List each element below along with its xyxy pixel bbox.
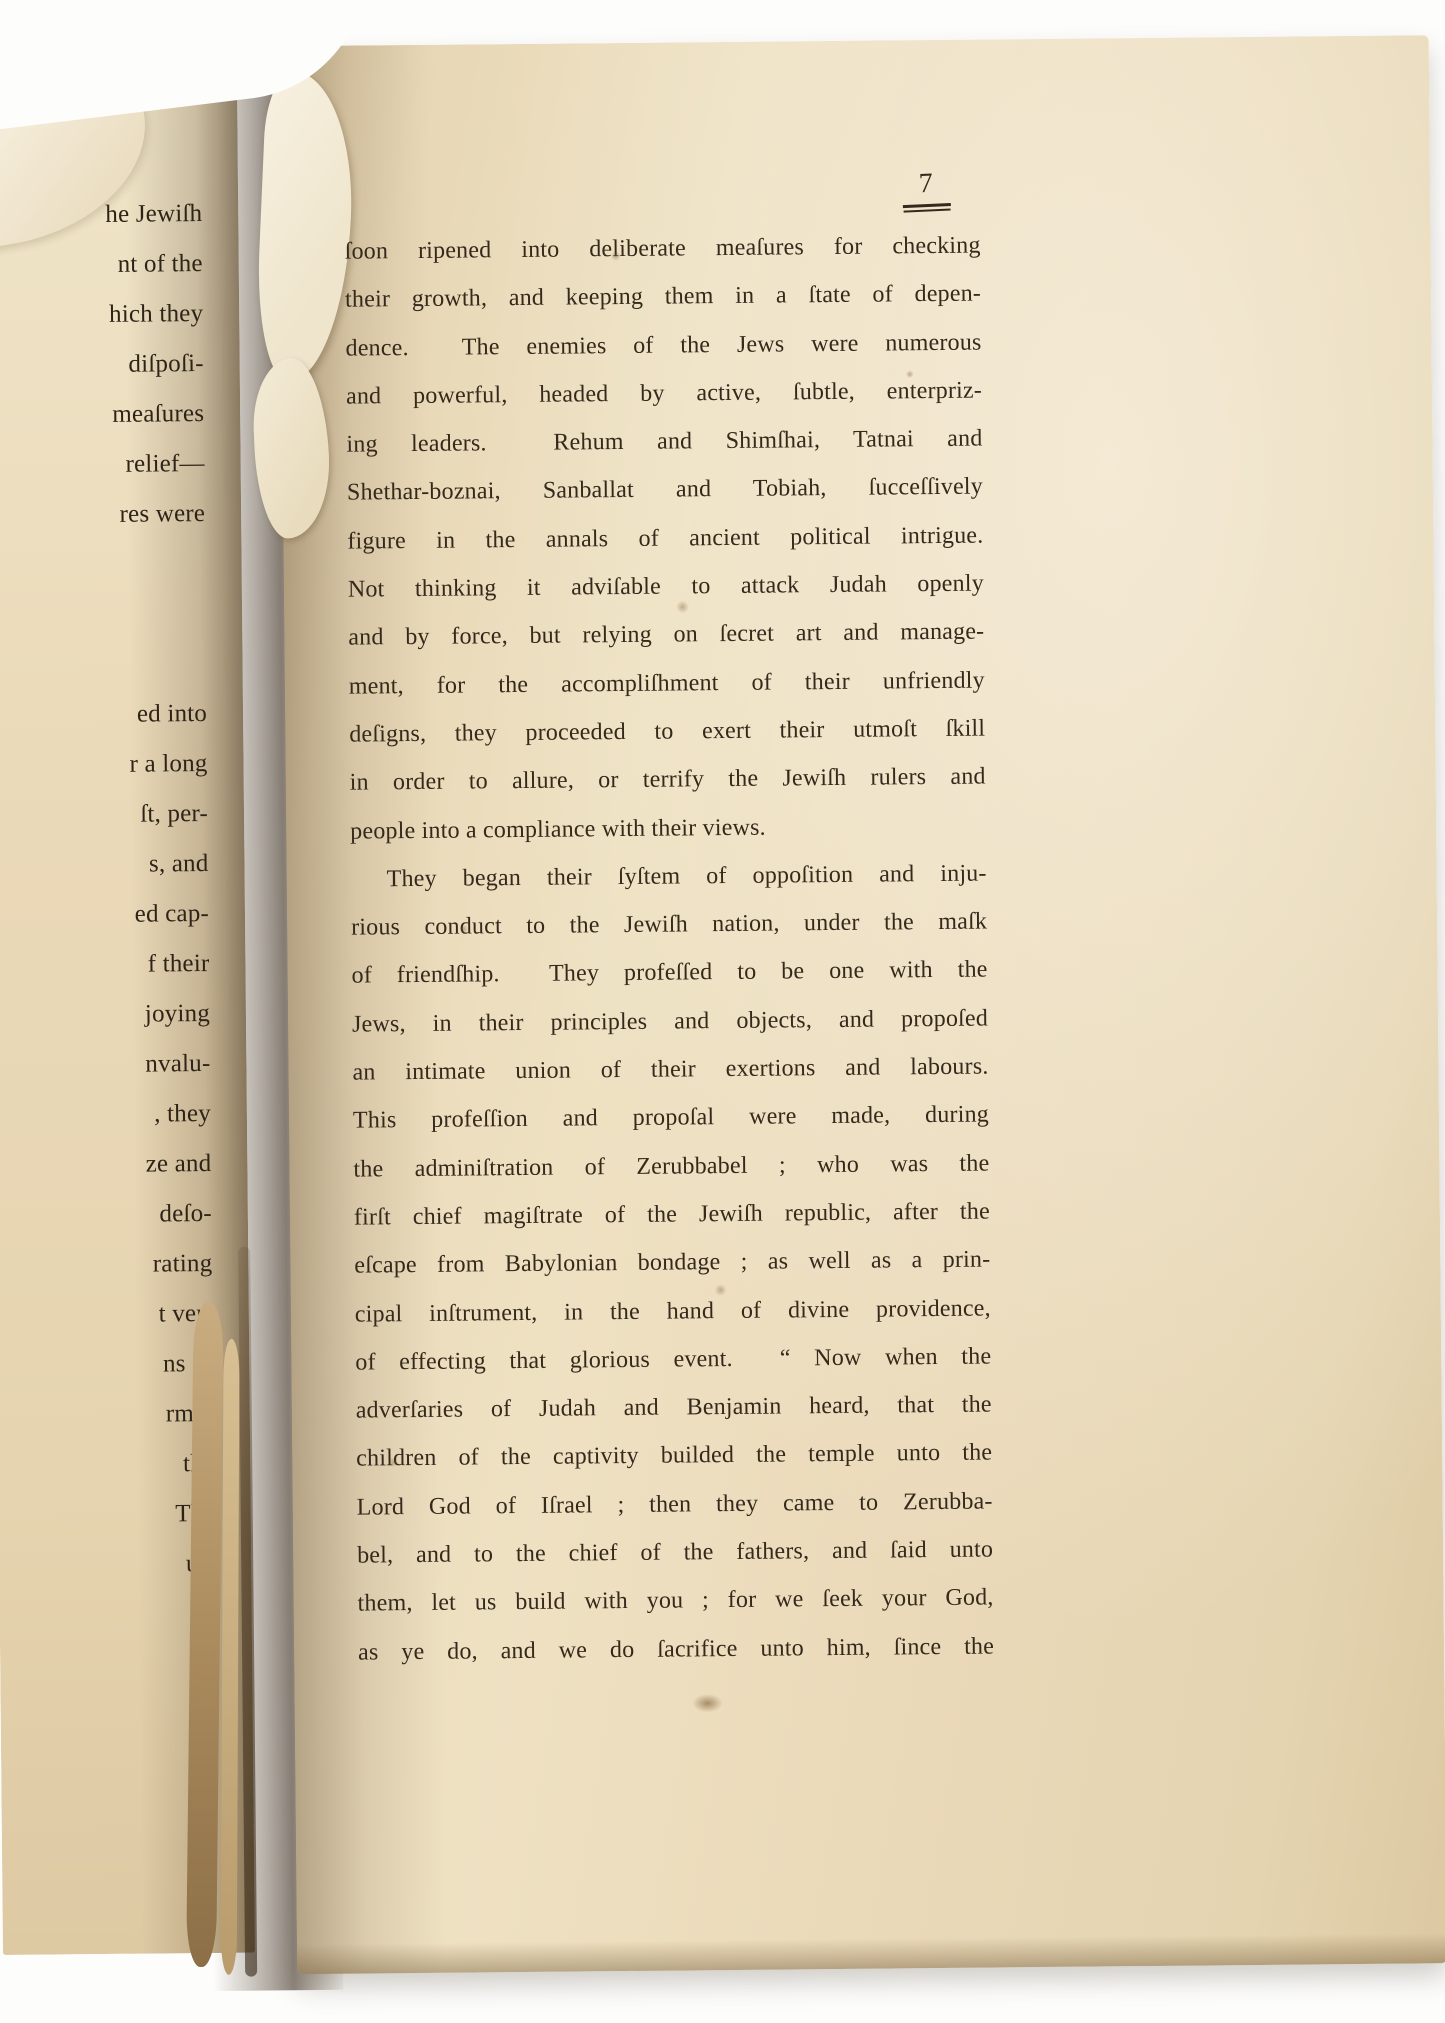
text-line: Not thinking it adviſable to attack Juda… (348, 560, 984, 614)
text-line: Lord God of Iſrael ; then they came to Z… (356, 1477, 992, 1531)
right-page: 7 ſoon ripened into deliberate meaſures … (279, 35, 1445, 1974)
left-page-line-fragment: diſpoſi- (0, 339, 204, 391)
left-page-line-fragment: t ver- (0, 1289, 213, 1341)
left-page-line-fragment: ns of (0, 1339, 214, 1391)
text-line: ſoon ripened into deliberate meaſures fo… (344, 222, 980, 276)
text-line: dence. The enemies of the Jews were nume… (345, 318, 981, 372)
left-page-line-fragment: joying (0, 989, 210, 1041)
left-page-line-fragment: , they (0, 1089, 211, 1141)
left-page-line-fragment: meaſures (0, 389, 204, 441)
left-page-text-fragments: he Jewiſhnt of thehich theydiſpoſi-meaſu… (0, 189, 217, 1791)
left-page-line-fragment: the (0, 1439, 214, 1491)
text-line: adverſaries of Judah and Benjamin heard,… (356, 1381, 992, 1435)
left-page-line-fragment: res were (0, 489, 205, 541)
text-line: ing leaders. Rehum and Shimſhai, Tatnai … (346, 415, 982, 469)
left-page-line-fragment: ſy. (3, 1739, 217, 1791)
text-line: This profeſſion and propoſal were made, … (353, 1091, 989, 1145)
left-page-line-fragment: rating (0, 1239, 213, 1291)
left-page-line-fragment: rma- (0, 1389, 214, 1441)
text-line: They began their ſyſtem of oppoſition an… (350, 849, 986, 903)
frayed-page-edge (221, 1339, 240, 1975)
text-line: firſt chief magiſtrate of the Jewiſh rep… (354, 1187, 990, 1241)
left-page-line-fragment: f their (0, 939, 210, 991)
text-line: as ye do, and we do ſacrifice unto him, … (358, 1622, 994, 1676)
left-page-line-fragment: ed cap- (0, 889, 209, 941)
left-page-line-fragment: ce (2, 1639, 216, 1691)
left-page-line-fragment: ze and (0, 1139, 212, 1191)
left-page-line-fragment: nvalu- (0, 1039, 211, 1091)
text-line: eſcape from Babylonian bondage ; as well… (354, 1236, 990, 1290)
left-page-line-fragment: deſo- (0, 1189, 212, 1241)
left-page-line-fragment: ur- (1, 1539, 215, 1591)
open-book: he Jewiſhnt of thehich theydiſpoſi-meaſu… (0, 35, 1445, 1999)
left-page-line-fragment: h. (2, 1689, 216, 1741)
left-page-line-fragment: The (1, 1489, 215, 1541)
torn-paper-edge (254, 70, 357, 384)
text-line: and by force, but relying on ſecret art … (348, 608, 984, 662)
text-line: people into a compliance with their view… (350, 801, 986, 855)
text-line: cipal inſtrument, in the hand of divine … (355, 1284, 991, 1338)
left-page-line-fragment: ed into (0, 689, 207, 741)
text-line: and powerful, headed by active, ſubtle, … (346, 366, 982, 420)
text-line: bel, and to the chief of the fathers, an… (357, 1526, 993, 1580)
text-line: deſigns, they proceeded to exert their u… (349, 704, 985, 758)
text-line: in order to allure, or terrify the Jewiſ… (350, 753, 986, 807)
text-line: the adminiſtration of Zerubbabel ; who w… (353, 1139, 989, 1193)
text-line: Shethar-boznai, Sanballat and Tobiah, ſu… (347, 463, 983, 517)
page-body-text: ſoon ripened into deliberate meaſures fo… (344, 222, 994, 1677)
text-line: of friendſhip. They profeſſed to be one … (351, 946, 987, 1000)
left-page-line-fragment: ſt, per- (0, 789, 208, 841)
text-line: rious conduct to the Jewiſh nation, unde… (351, 898, 987, 952)
text-line: Jews, in their principles and objects, a… (352, 994, 988, 1048)
page-number: 7 (901, 167, 951, 208)
text-line: ment, for the accompliſhment of their un… (349, 656, 985, 710)
left-page-line-fragment: hich they (0, 289, 203, 341)
text-line: them, let us build with you ; for we ſee… (357, 1574, 993, 1628)
text-line: figure in the annals of ancient politica… (347, 511, 983, 565)
book-photo: he Jewiſhnt of thehich theydiſpoſi-meaſu… (0, 0, 1445, 2023)
stain (693, 1694, 723, 1712)
text-line: their growth, and keeping them in a ſtat… (345, 270, 981, 324)
text-line: children of the captivity builded the te… (356, 1429, 992, 1483)
left-page-line-fragment: relief— (0, 439, 205, 491)
text-line: of effecting that glorious event. “ Now … (355, 1332, 991, 1386)
left-page-line-fragment: r a long (0, 739, 208, 791)
text-line: an intimate union of their exertions and… (352, 1043, 988, 1097)
left-page-line-fragment: s, and (0, 839, 209, 891)
left-page-line-fragment: nt of the (0, 239, 203, 291)
